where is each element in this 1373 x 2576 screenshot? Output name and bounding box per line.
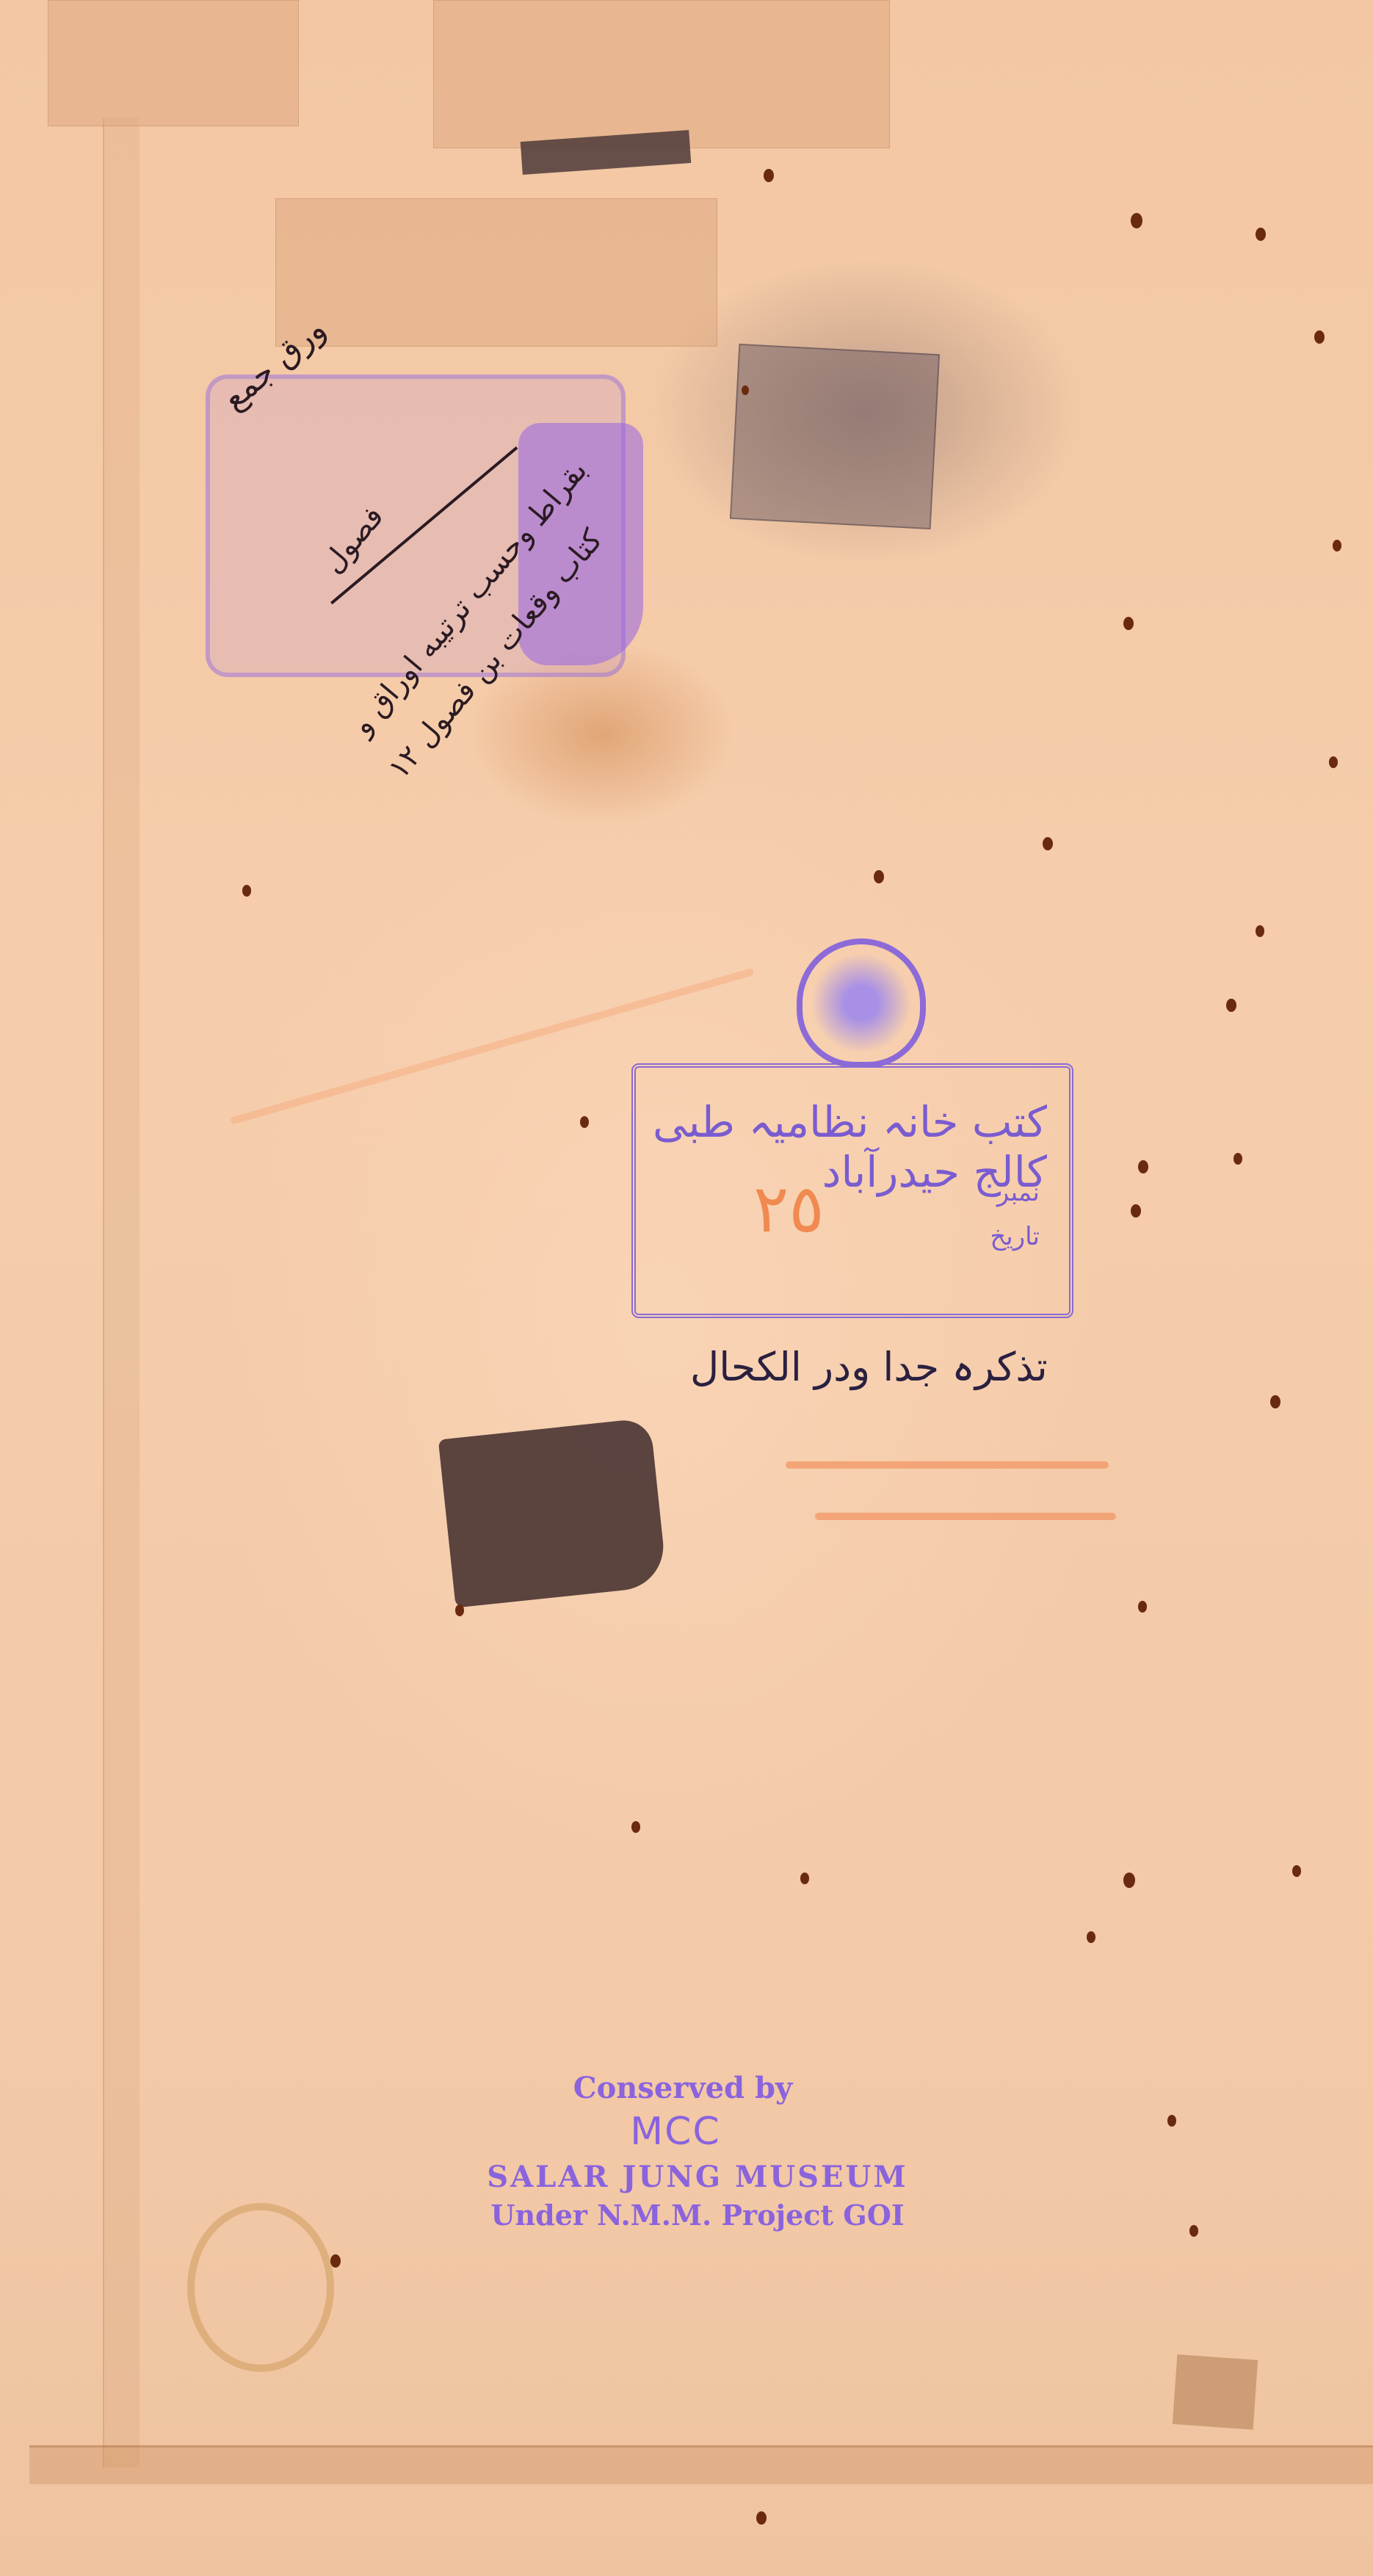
- title-note: تذکرہ جدا ودر الکحال: [690, 1344, 1048, 1390]
- wormhole: [1167, 2115, 1176, 2127]
- wormhole: [742, 386, 749, 395]
- horizontal-fold-line: [29, 2445, 1373, 2484]
- wormhole: [1329, 756, 1338, 768]
- wormhole: [1131, 213, 1142, 228]
- wormhole: [764, 169, 774, 182]
- wormhole: [1131, 1204, 1141, 1218]
- repair-tape: [433, 0, 890, 148]
- wormhole: [1333, 540, 1341, 551]
- wormhole: [1226, 999, 1236, 1012]
- wormhole: [1087, 1931, 1095, 1943]
- wormhole: [1123, 1873, 1135, 1888]
- wormhole: [1256, 228, 1266, 241]
- faded-seal: [206, 375, 626, 677]
- wormhole: [1138, 1601, 1147, 1613]
- wormhole: [874, 870, 884, 883]
- wormhole: [1123, 617, 1134, 630]
- seal-heading: کتب خانہ نظامیہ طبی کالج حیدرآباد: [636, 1097, 1047, 1197]
- wormhole: [631, 1821, 640, 1833]
- vertical-fold-line: [103, 117, 140, 2467]
- repair-tape: [275, 198, 717, 347]
- orange-underline: [815, 1513, 1116, 1520]
- water-ring-stain: [187, 2203, 334, 2372]
- wormhole: [242, 885, 251, 897]
- wormhole: [1256, 925, 1264, 937]
- grey-square-stain: [730, 344, 940, 529]
- wormhole: [455, 1604, 464, 1616]
- wormhole: [1189, 2225, 1198, 2237]
- seal-number: ٢٥: [753, 1171, 825, 1248]
- wormhole: [1233, 1153, 1242, 1165]
- stamp-line-3: SALAR JUNG MUSEUM: [441, 2160, 954, 2194]
- tape-fragment: [1173, 2354, 1258, 2429]
- seal-sub-1: نمبر: [997, 1178, 1040, 1207]
- wormhole: [1314, 330, 1325, 344]
- stamp-line-1: Conserved by: [411, 2071, 954, 2105]
- stamp-line-4: Under N.M.M. Project GOI: [441, 2199, 954, 2232]
- wormhole: [756, 2511, 767, 2525]
- wormhole: [1138, 1160, 1148, 1173]
- repair-tape: [48, 0, 299, 126]
- stamp-line-2: MCC: [396, 2110, 954, 2154]
- wormhole: [1043, 837, 1053, 850]
- conservation-stamp: Conserved by MCC SALAR JUNG MUSEUM Under…: [441, 2071, 954, 2232]
- wormhole: [1270, 1395, 1280, 1408]
- orange-underline: [786, 1461, 1109, 1469]
- ink-blot: [438, 1417, 667, 1607]
- wormhole: [330, 2254, 341, 2268]
- wormhole: [800, 1873, 809, 1884]
- library-seal: کتب خانہ نظامیہ طبی کالج حیدرآباد ٢٥ نمب…: [631, 1063, 1073, 1318]
- crown-emblem-icon: [797, 938, 926, 1068]
- seal-sub-2: تاریخ: [990, 1222, 1040, 1251]
- wormhole: [580, 1116, 589, 1128]
- wormhole: [1292, 1865, 1301, 1877]
